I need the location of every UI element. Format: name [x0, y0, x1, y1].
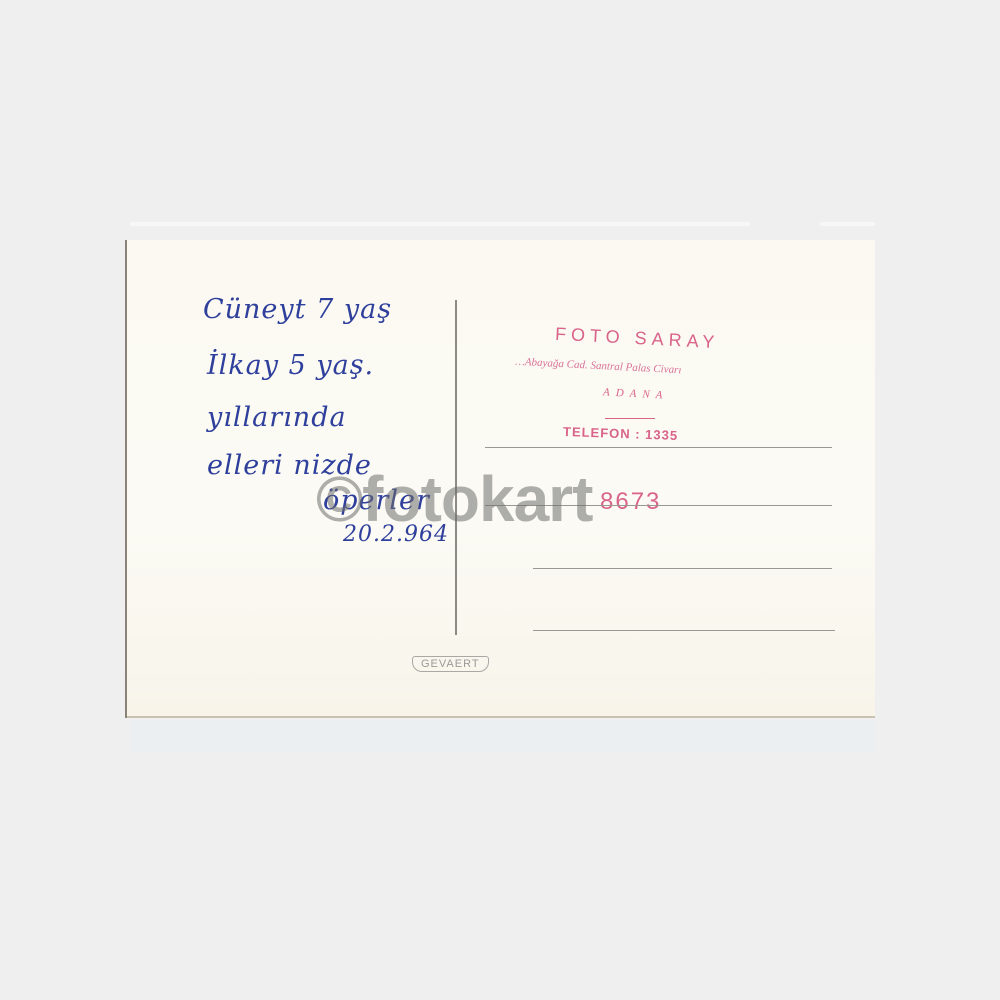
stamp-title: FOTO SARAY — [555, 324, 720, 354]
watermark: ©fotokart — [316, 462, 592, 536]
stamp-city: ADANA — [603, 386, 669, 401]
stamp-rule — [605, 418, 655, 419]
address-line — [533, 630, 835, 631]
address-line — [485, 447, 832, 448]
stamp-serial: 8673 — [600, 488, 661, 516]
background-edge — [130, 222, 750, 226]
background-edge — [130, 720, 875, 752]
stamp-phone: TELEFON : 1335 — [563, 424, 679, 443]
gevaert-logo: GEVAERT — [412, 656, 489, 672]
stamp-address: …Abayağa Cad. Santral Palas Civarı — [515, 356, 682, 377]
background-edge — [820, 222, 875, 226]
handwriting-line: İlkay 5 yaş. — [207, 350, 374, 381]
address-line — [533, 568, 832, 569]
handwriting-line: yıllarında — [207, 402, 347, 433]
handwriting-line: Cüneyt 7 yaş — [203, 294, 392, 325]
